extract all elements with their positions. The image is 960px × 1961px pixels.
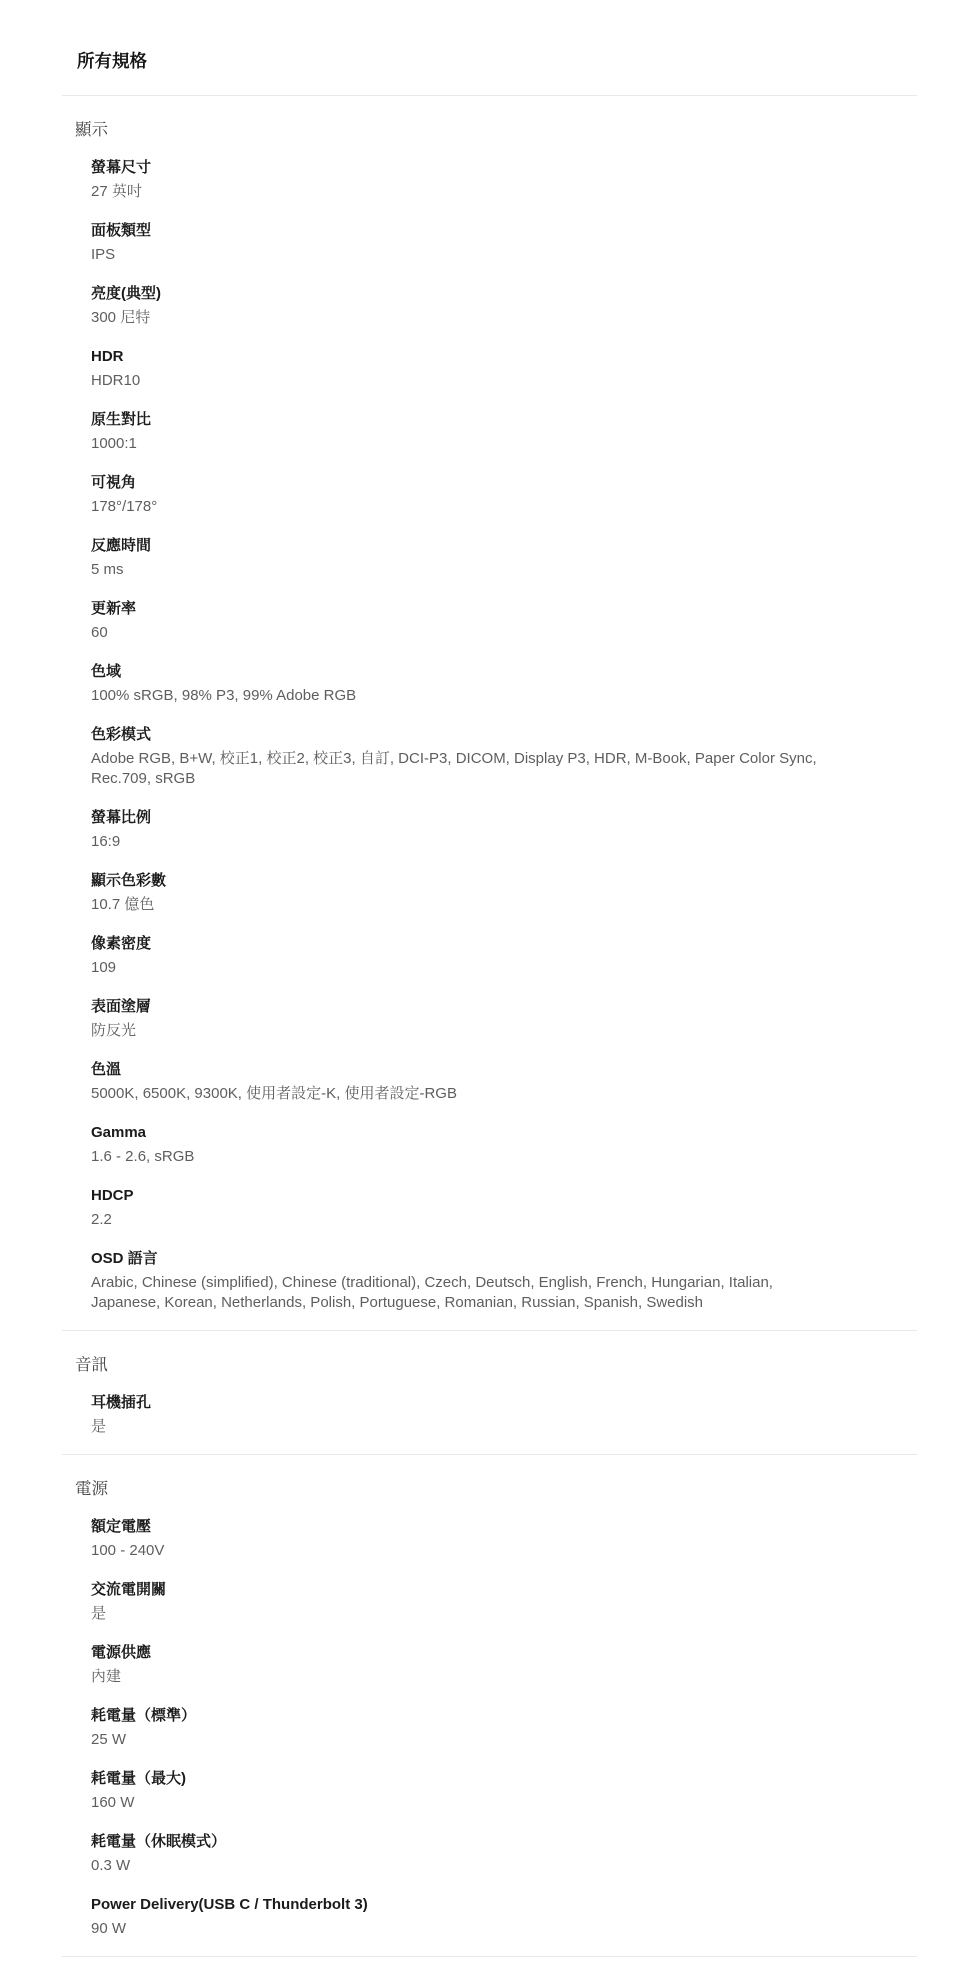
spec-item: 耗電量（最大) 160 W <box>91 1767 917 1813</box>
spec-value: 100% sRGB, 98% P3, 99% Adobe RGB <box>91 686 913 706</box>
spec-sections: 顯示 螢幕尺寸 27 英吋 面板類型 IPS 亮度(典型) 300 尼特 HDR… <box>62 118 917 1957</box>
spec-item: HDCP 2.2 <box>91 1184 917 1230</box>
spec-item: 色彩模式 Adobe RGB, B+W, 校正1, 校正2, 校正3, 自訂, … <box>91 723 917 789</box>
spec-value: 5000K, 6500K, 9300K, 使用者設定-K, 使用者設定-RGB <box>91 1084 913 1104</box>
spec-section: 音訊 耳機插孔 是 <box>62 1353 917 1437</box>
spec-item: OSD 語言 Arabic, Chinese (simplified), Chi… <box>91 1247 917 1313</box>
spec-label: 交流電開關 <box>91 1578 917 1602</box>
spec-value: 內建 <box>91 1667 913 1687</box>
spec-value: 100 - 240V <box>91 1541 913 1561</box>
spec-value: HDR10 <box>91 371 913 391</box>
section-divider <box>62 1454 917 1455</box>
section-title: 音訊 <box>75 1353 917 1377</box>
spec-label: 耳機插孔 <box>91 1391 917 1415</box>
spec-value: 是 <box>91 1604 913 1624</box>
spec-item: 交流電開關 是 <box>91 1578 917 1624</box>
spec-label: 像素密度 <box>91 932 917 956</box>
spec-label: 顯示色彩數 <box>91 869 917 893</box>
title-divider <box>62 95 917 96</box>
spec-value: 160 W <box>91 1793 913 1813</box>
spec-page: 所有規格 顯示 螢幕尺寸 27 英吋 面板類型 IPS 亮度(典型) 300 尼… <box>0 0 960 1961</box>
spec-item: 反應時間 5 ms <box>91 534 917 580</box>
spec-value: 10.7 億色 <box>91 895 913 915</box>
spec-label: 更新率 <box>91 597 917 621</box>
spec-label: 電源供應 <box>91 1641 917 1665</box>
spec-label: 可視角 <box>91 471 917 495</box>
section-divider <box>62 1330 917 1331</box>
spec-label: 螢幕比例 <box>91 806 917 830</box>
spec-item: 可視角 178°/178° <box>91 471 917 517</box>
spec-label: 反應時間 <box>91 534 917 558</box>
spec-item: 色溫 5000K, 6500K, 9300K, 使用者設定-K, 使用者設定-R… <box>91 1058 917 1104</box>
spec-page-container: 所有規格 顯示 螢幕尺寸 27 英吋 面板類型 IPS 亮度(典型) 300 尼… <box>0 48 960 1957</box>
section-title: 電源 <box>75 1477 917 1501</box>
spec-item: 更新率 60 <box>91 597 917 643</box>
page-title: 所有規格 <box>77 48 917 74</box>
spec-value: 300 尼特 <box>91 308 913 328</box>
spec-list: 耳機插孔 是 <box>91 1391 917 1437</box>
spec-label: 額定電壓 <box>91 1515 917 1539</box>
spec-section: 電源 額定電壓 100 - 240V 交流電開關 是 電源供應 內建 耗電量（標… <box>62 1477 917 1939</box>
spec-label: 色域 <box>91 660 917 684</box>
spec-item: 原生對比 1000:1 <box>91 408 917 454</box>
spec-value: Adobe RGB, B+W, 校正1, 校正2, 校正3, 自訂, DCI-P… <box>91 749 913 789</box>
spec-label: 耗電量（最大) <box>91 1767 917 1791</box>
spec-label: 螢幕尺寸 <box>91 156 917 180</box>
spec-item: 耗電量（休眠模式） 0.3 W <box>91 1830 917 1876</box>
spec-label: Power Delivery(USB C / Thunderbolt 3) <box>91 1893 917 1917</box>
spec-label: 亮度(典型) <box>91 282 917 306</box>
spec-value: 0.3 W <box>91 1856 913 1876</box>
spec-label: 耗電量（標準） <box>91 1704 917 1728</box>
spec-list: 額定電壓 100 - 240V 交流電開關 是 電源供應 內建 耗電量（標準） … <box>91 1515 917 1939</box>
spec-value: 16:9 <box>91 832 913 852</box>
spec-item: 色域 100% sRGB, 98% P3, 99% Adobe RGB <box>91 660 917 706</box>
spec-value: 1.6 - 2.6, sRGB <box>91 1147 913 1167</box>
spec-value: 90 W <box>91 1919 913 1939</box>
spec-value: 109 <box>91 958 913 978</box>
spec-value: 25 W <box>91 1730 913 1750</box>
spec-value: IPS <box>91 245 913 265</box>
spec-value: 27 英吋 <box>91 182 913 202</box>
spec-item: 表面塗層 防反光 <box>91 995 917 1041</box>
spec-label: 表面塗層 <box>91 995 917 1019</box>
spec-value: 2.2 <box>91 1210 913 1230</box>
spec-section: 顯示 螢幕尺寸 27 英吋 面板類型 IPS 亮度(典型) 300 尼特 HDR… <box>62 118 917 1313</box>
spec-item: 亮度(典型) 300 尼特 <box>91 282 917 328</box>
spec-list: 螢幕尺寸 27 英吋 面板類型 IPS 亮度(典型) 300 尼特 HDR HD… <box>91 156 917 1313</box>
section-divider <box>62 1956 917 1957</box>
spec-value: 防反光 <box>91 1021 913 1041</box>
spec-item: 額定電壓 100 - 240V <box>91 1515 917 1561</box>
spec-item: 耗電量（標準） 25 W <box>91 1704 917 1750</box>
spec-label: 色彩模式 <box>91 723 917 747</box>
spec-item: Power Delivery(USB C / Thunderbolt 3) 90… <box>91 1893 917 1939</box>
spec-value: 是 <box>91 1417 913 1437</box>
spec-item: 像素密度 109 <box>91 932 917 978</box>
spec-item: 螢幕尺寸 27 英吋 <box>91 156 917 202</box>
spec-item: 耳機插孔 是 <box>91 1391 917 1437</box>
spec-label: OSD 語言 <box>91 1247 917 1271</box>
spec-item: 電源供應 內建 <box>91 1641 917 1687</box>
spec-label: HDCP <box>91 1184 917 1208</box>
spec-label: HDR <box>91 345 917 369</box>
spec-value: 1000:1 <box>91 434 913 454</box>
spec-value: 178°/178° <box>91 497 913 517</box>
spec-item: 螢幕比例 16:9 <box>91 806 917 852</box>
spec-value: Arabic, Chinese (simplified), Chinese (t… <box>91 1273 913 1313</box>
spec-value: 5 ms <box>91 560 913 580</box>
spec-label: 色溫 <box>91 1058 917 1082</box>
spec-item: HDR HDR10 <box>91 345 917 391</box>
section-title: 顯示 <box>75 118 917 142</box>
spec-value: 60 <box>91 623 913 643</box>
spec-label: 原生對比 <box>91 408 917 432</box>
spec-item: Gamma 1.6 - 2.6, sRGB <box>91 1121 917 1167</box>
spec-label: 耗電量（休眠模式） <box>91 1830 917 1854</box>
spec-label: 面板類型 <box>91 219 917 243</box>
spec-item: 面板類型 IPS <box>91 219 917 265</box>
spec-item: 顯示色彩數 10.7 億色 <box>91 869 917 915</box>
spec-label: Gamma <box>91 1121 917 1145</box>
